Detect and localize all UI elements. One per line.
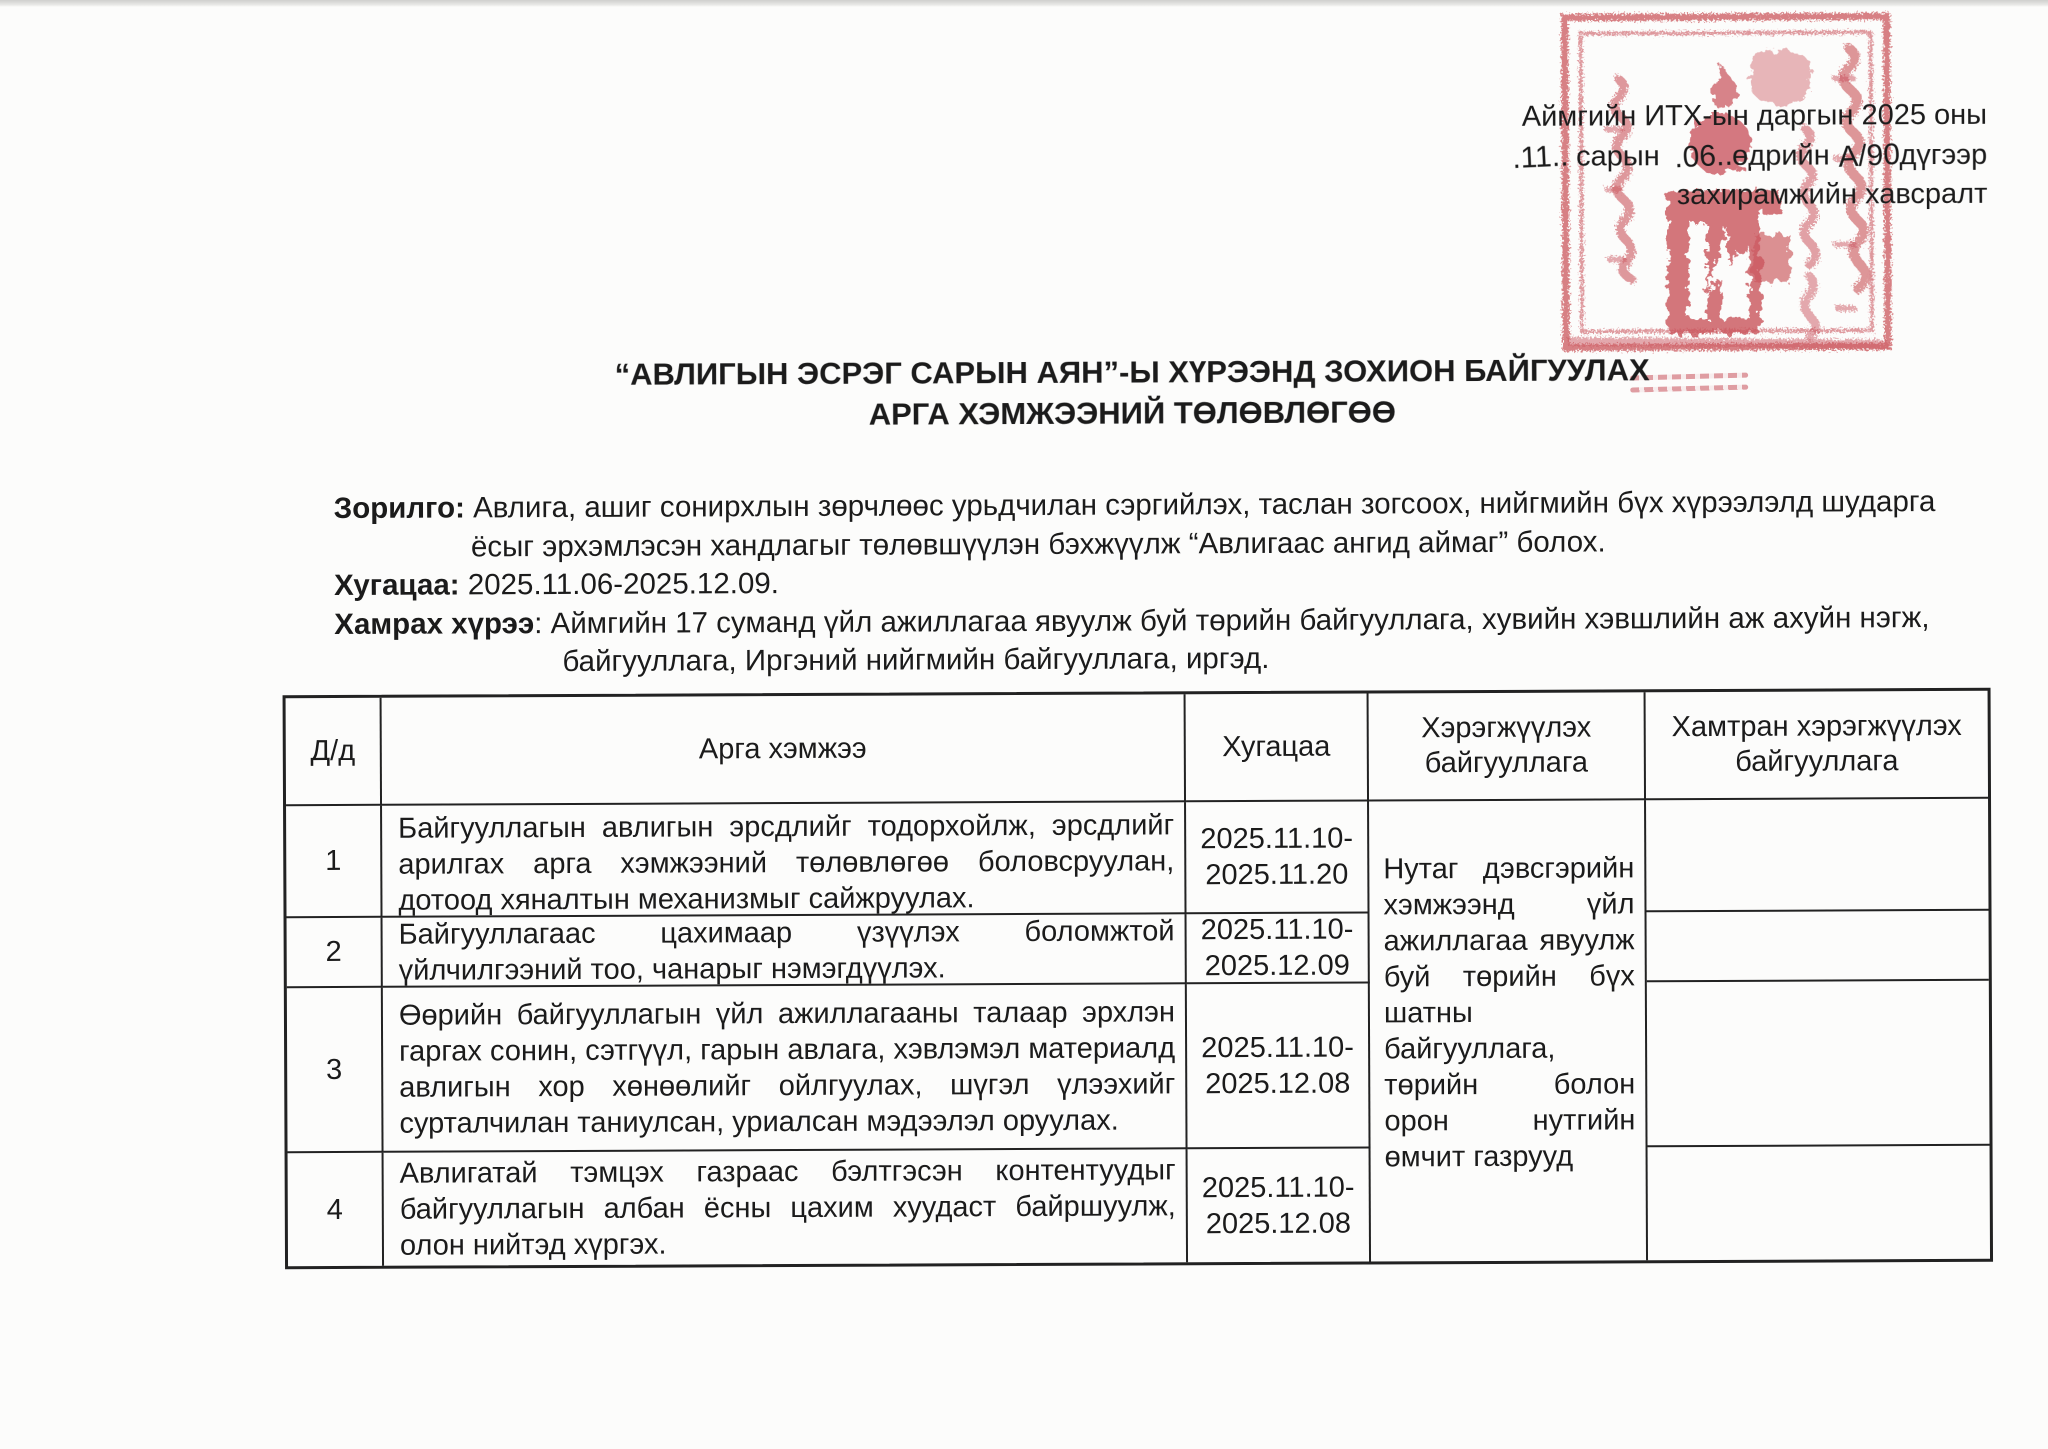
document-sheet: Аймгийн ИТХ-ын даргын 2025 оны .11.. сар…	[0, 0, 2048, 1449]
row1-number: 1	[286, 806, 382, 918]
col-header-number: Д/д	[286, 698, 382, 806]
goal-paragraph: Зорилго: Авлига, ашиг сонирхлын зөрчлөөс…	[334, 483, 1964, 567]
row2-number: 2	[287, 918, 383, 988]
period-label: Хугацаа:	[334, 568, 460, 602]
page-title: “АВЛИГЫН ЭСРЭГ САРЫН АЯН”-Ы ХҮРЭЭНД ЗОХИ…	[281, 348, 1983, 437]
annotation-line-1: Аймгийн ИТХ-ын даргын 2025 оны	[1047, 96, 1987, 139]
row4-copartner	[1648, 1146, 1990, 1260]
handwritten-day: .06..	[1673, 136, 1733, 178]
row1-copartner	[1646, 799, 1988, 912]
row1-activity: Байгууллагын авлигын эрсдлийг тодорхойлж…	[382, 802, 1186, 918]
row3-copartner	[1647, 981, 1990, 1147]
row4-activity: Авлигатай тэмцэх газраас бэлтгэсэн конте…	[384, 1149, 1188, 1266]
col-header-copartner: Хамтран хэрэгжүүлэх байгууллага	[1646, 691, 1988, 800]
plan-table: Д/д Арга хэмжээ Хугацаа Хэрэгжүүлэх байг…	[283, 688, 1993, 1269]
row4-number: 4	[288, 1153, 384, 1266]
scope-label: Хамрах хүрээ	[334, 607, 534, 641]
header-annotation: Аймгийн ИТХ-ын даргын 2025 оны .11.. сар…	[1047, 96, 1988, 218]
goal-label: Зорилго:	[334, 491, 465, 525]
annotation-line-2: .11.. сарын.06..өдрийн А/90дүгээр	[1047, 135, 1987, 179]
page-title-line-2: АРГА ХЭМЖЭЭНИЙ ТӨЛӨВЛӨГӨӨ	[281, 389, 1983, 437]
handwritten-month: .11..	[1511, 136, 1569, 178]
scope-paragraph: Хамрах хүрээ: Аймгийн 17 суманд үйл ажил…	[334, 598, 1964, 682]
col-header-activity: Арга хэмжээ	[382, 694, 1186, 806]
intro-section: Зорилго: Авлига, ашиг сонирхлын зөрчлөөс…	[334, 483, 1965, 683]
col-header-implementer: Хэрэгжүүлэх байгууллага	[1369, 692, 1646, 801]
row3-period: 2025.11.10-2025.12.08	[1187, 983, 1371, 1149]
implementer-merged-cell: Нутаг дэвсгэрийн хэмжээнд үйл ажиллагаа …	[1369, 800, 1648, 1261]
row1-period: 2025.11.10-2025.11.20	[1186, 801, 1369, 914]
row3-number: 3	[287, 988, 384, 1153]
handwritten-doc-number: А/90	[1837, 135, 1901, 177]
annotation-line-3: захирамжийн хавсралт	[1047, 175, 1987, 218]
row4-period: 2025.11.10-2025.12.08	[1188, 1148, 1371, 1262]
row2-activity: Байгууллагаас цахимаар үзүүлэх боломжтой…	[383, 914, 1187, 988]
row2-period: 2025.11.10-2025.12.09	[1187, 913, 1370, 984]
col-header-period: Хугацаа	[1186, 693, 1369, 802]
row3-activity: Өөрийн байгууллагын үйл ажиллагааны тала…	[383, 984, 1188, 1153]
row2-copartner	[1647, 911, 1989, 982]
